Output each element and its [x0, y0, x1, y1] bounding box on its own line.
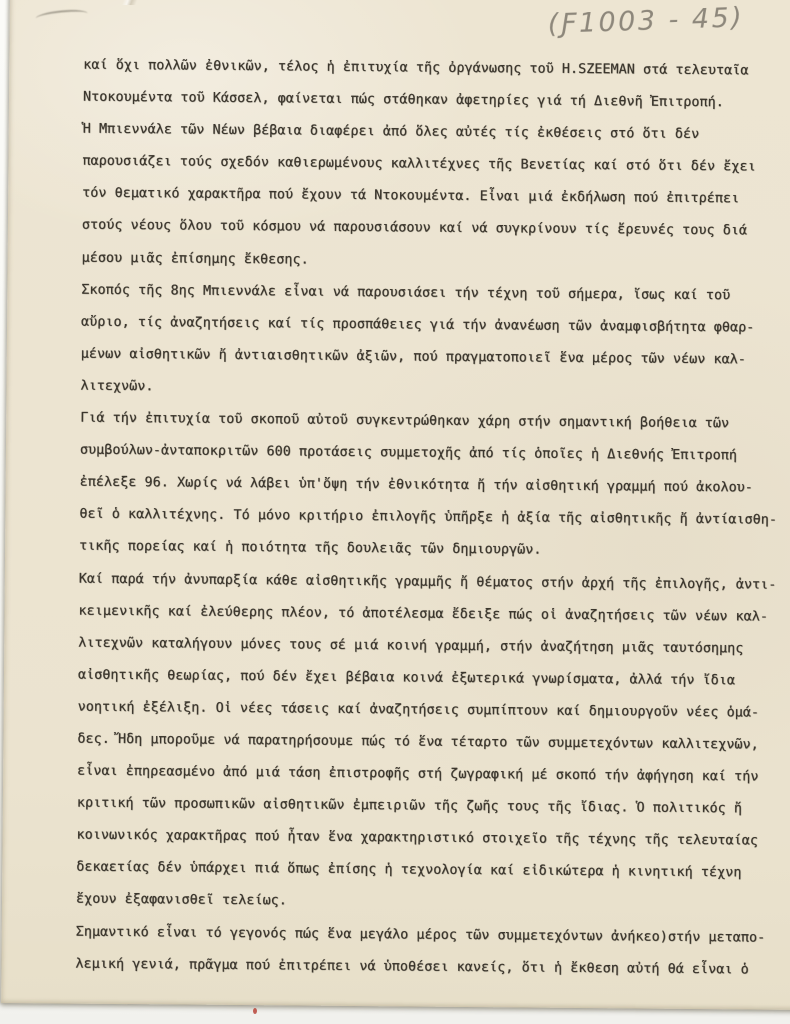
scanned-page: (Ƒ1003 - 45) καί ὅχι πολλῶν ἐθνικῶν, τέλ… [0, 0, 790, 1024]
text-line: λεμική γενιά, πρᾶγμα πού ἐπιτρέπει νά ὑπ… [75, 948, 775, 986]
crease-mark [106, 0, 158, 5]
pencil-dash-mark [35, 8, 88, 24]
paper-sheet: (Ƒ1003 - 45) καί ὅχι πολλῶν ἐθνικῶν, τέλ… [1, 0, 790, 1010]
text-line: μένων αἰσθητικῶν ἤ ἀντιαισθητικῶν ἀξιῶν,… [81, 338, 781, 376]
text-line: τικῆς πορείας καί ἡ ποιότητα τῆς δουλειᾶ… [79, 531, 779, 569]
document-text: καί ὅχι πολλῶν ἐθνικῶν, τέλος ἡ ἐπιτυχία… [75, 50, 783, 987]
handwritten-annotation: (Ƒ1003 - 45) [547, 2, 745, 40]
red-speck [253, 1008, 257, 1014]
